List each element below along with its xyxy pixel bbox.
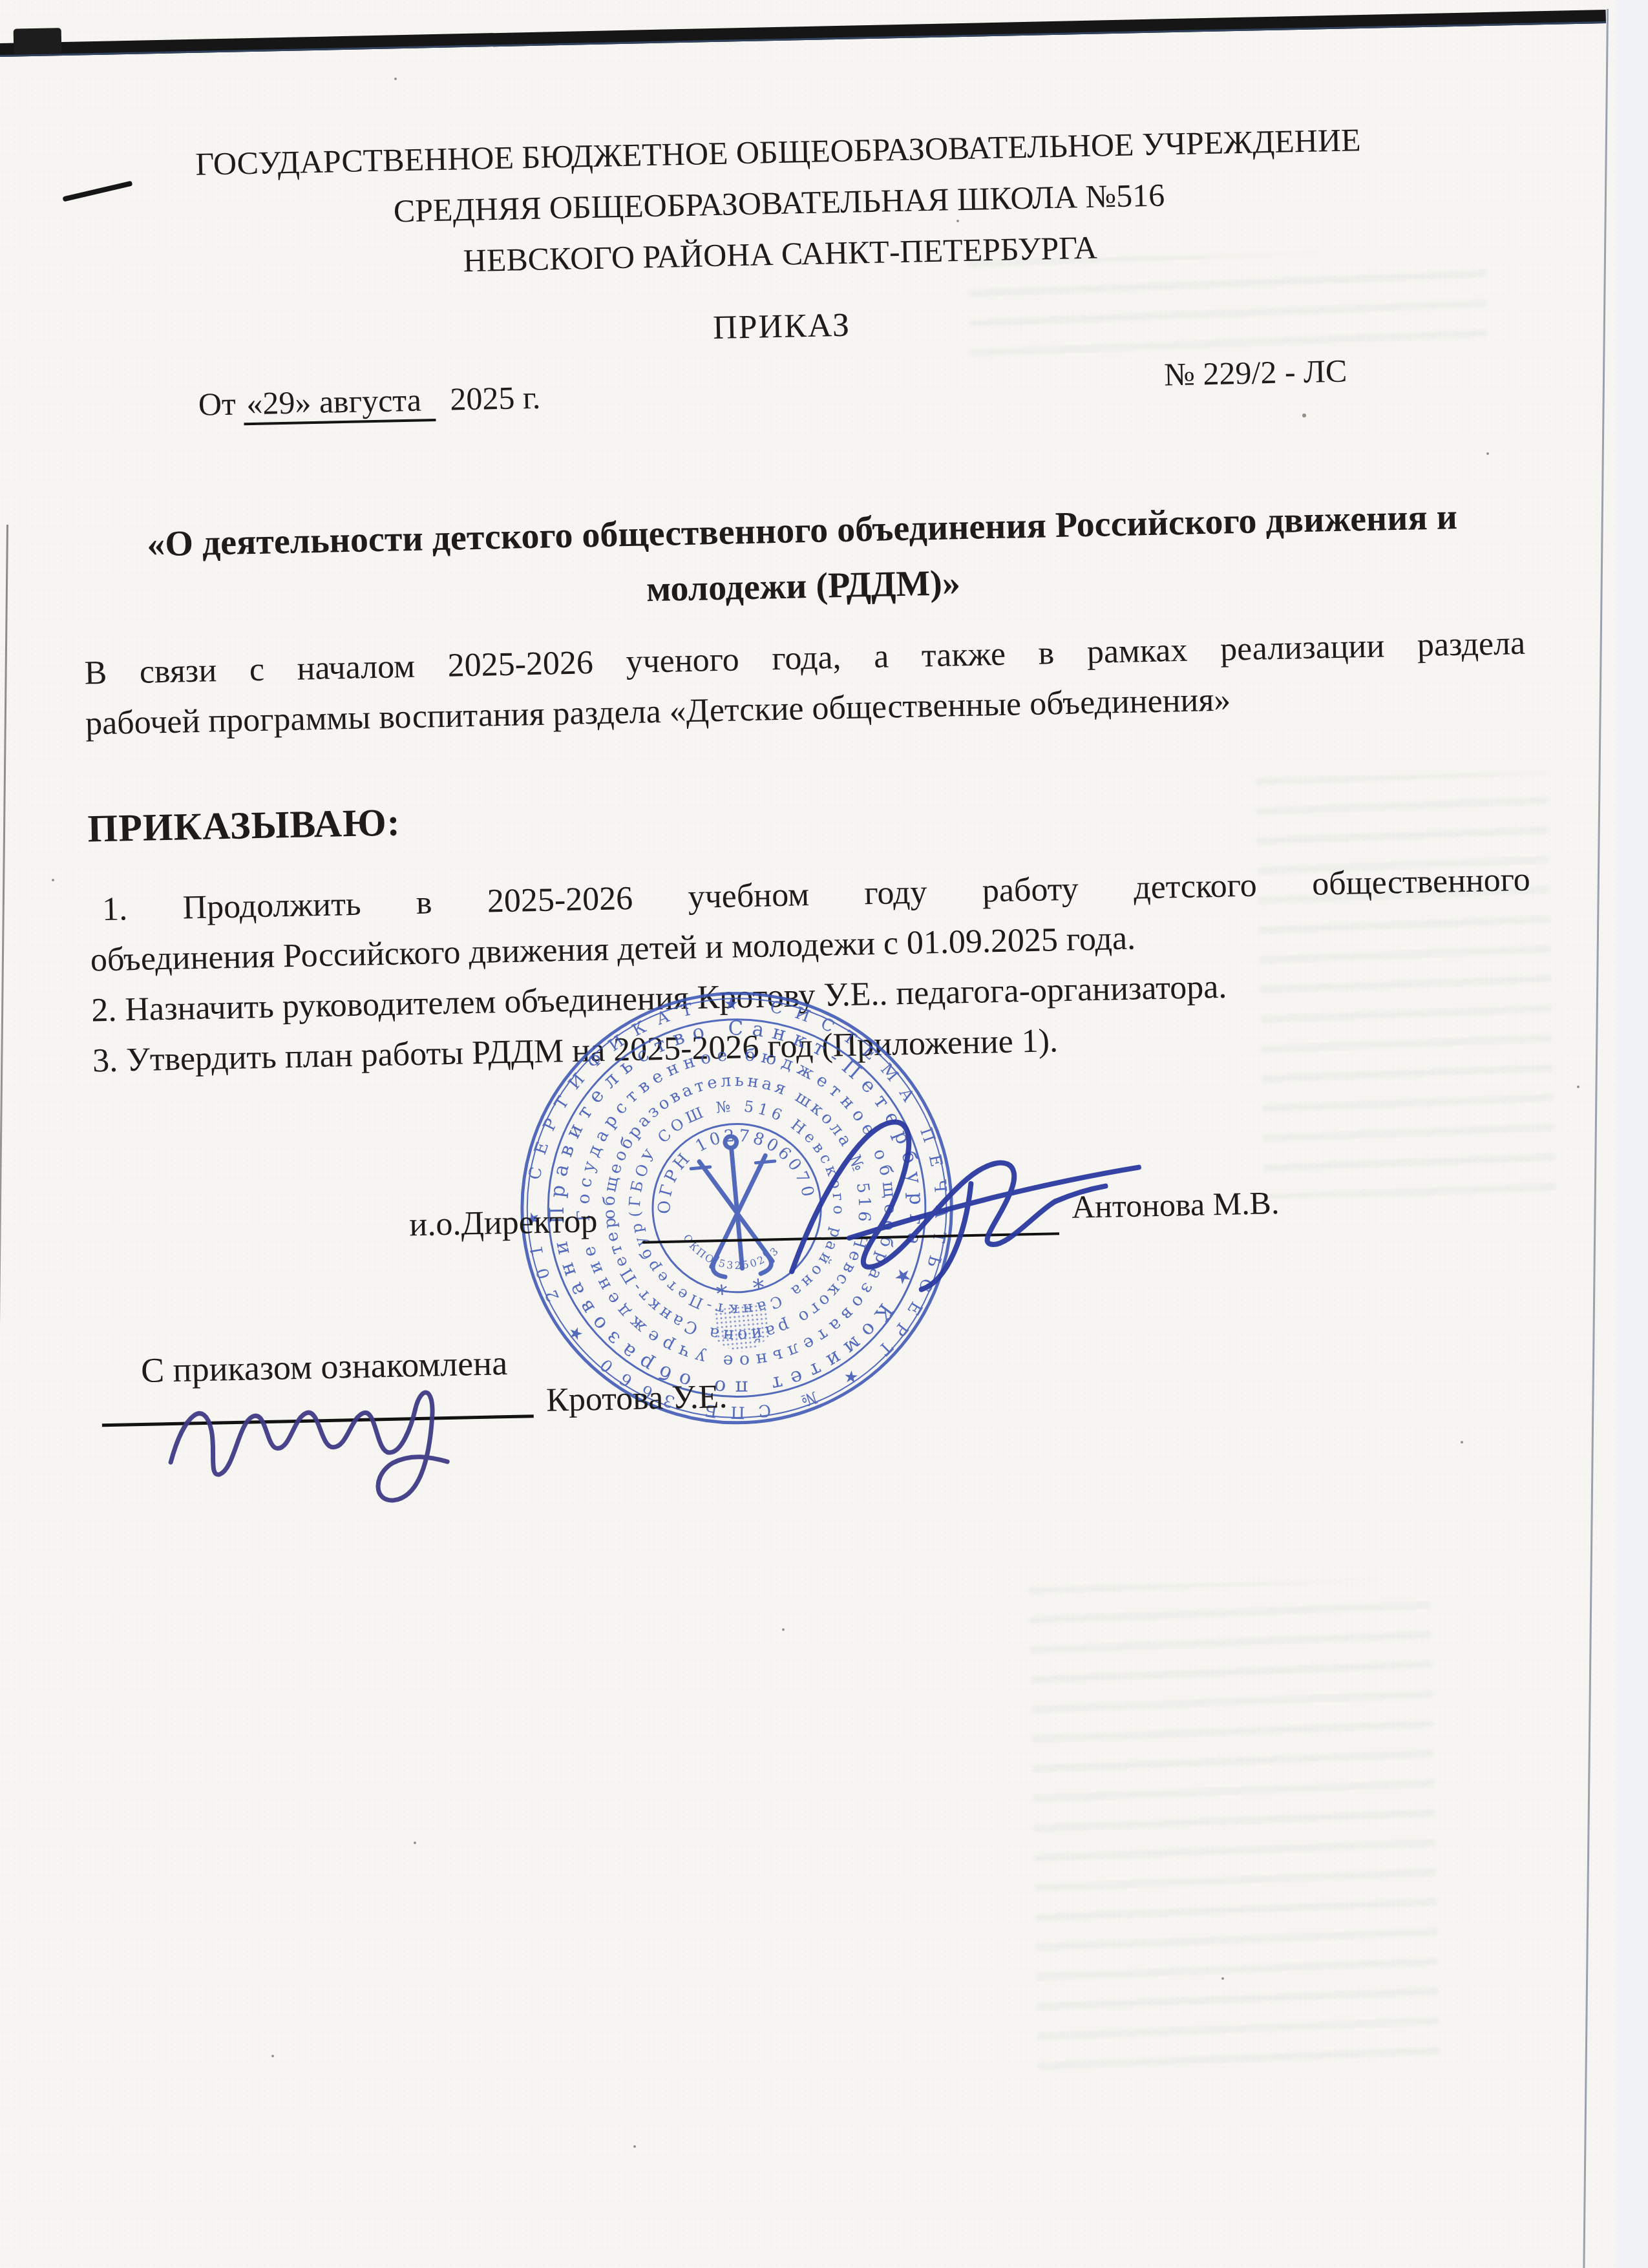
date-suffix: 2025 г.	[450, 379, 541, 417]
order-item-1-line1: 1. Продолжить в 2025-2026 учебном году р…	[89, 861, 1531, 929]
document-type-heading: ПРИКАЗ	[77, 293, 1486, 361]
order-verb: ПРИКАЗЫВАЮ:	[87, 800, 401, 851]
krotova-handwritten-signature	[157, 1346, 484, 1527]
date-prefix: От	[198, 386, 236, 423]
director-label: и.о.Директор	[409, 1202, 598, 1244]
letterhead: ГОСУДАРСТВЕННОЕ БЮДЖЕТНОЕ ОБЩЕОБРАЗОВАТЕ…	[73, 112, 1484, 295]
acknowledged-by-name: Кротова У.Е.	[546, 1378, 728, 1420]
order-item-1-line2: объединения Российского движения детей и…	[90, 919, 1136, 980]
scan-corner-mark	[14, 28, 62, 55]
date-line: От «29» августа 2025 г.	[198, 379, 541, 423]
preamble-line2: рабочей программы воспитания раздела «Де…	[85, 680, 1231, 742]
page-left-edge-line	[0, 525, 8, 2268]
order-number: № 229/2 - ЛС	[1164, 352, 1347, 394]
director-handwritten-signature	[749, 1076, 1167, 1298]
scan-top-edge-band	[0, 10, 1606, 58]
date-underlined-value: «29» августа	[244, 381, 436, 425]
scanned-order-page: ГОСУДАРСТВЕННОЕ БЮДЖЕТНОЕ ОБЩЕОБРАЗОВАТЕ…	[0, 0, 1648, 2268]
stamp-dotted-shield	[714, 1305, 770, 1354]
stamp-asterisk: *	[715, 1280, 730, 1307]
document-content: ГОСУДАРСТВЕННОЕ БЮДЖЕТНОЕ ОБЩЕОБРАЗОВАТЕ…	[0, 0, 1648, 2268]
preamble-line1: В связи с началом 2025-2026 ученого года…	[84, 624, 1526, 693]
